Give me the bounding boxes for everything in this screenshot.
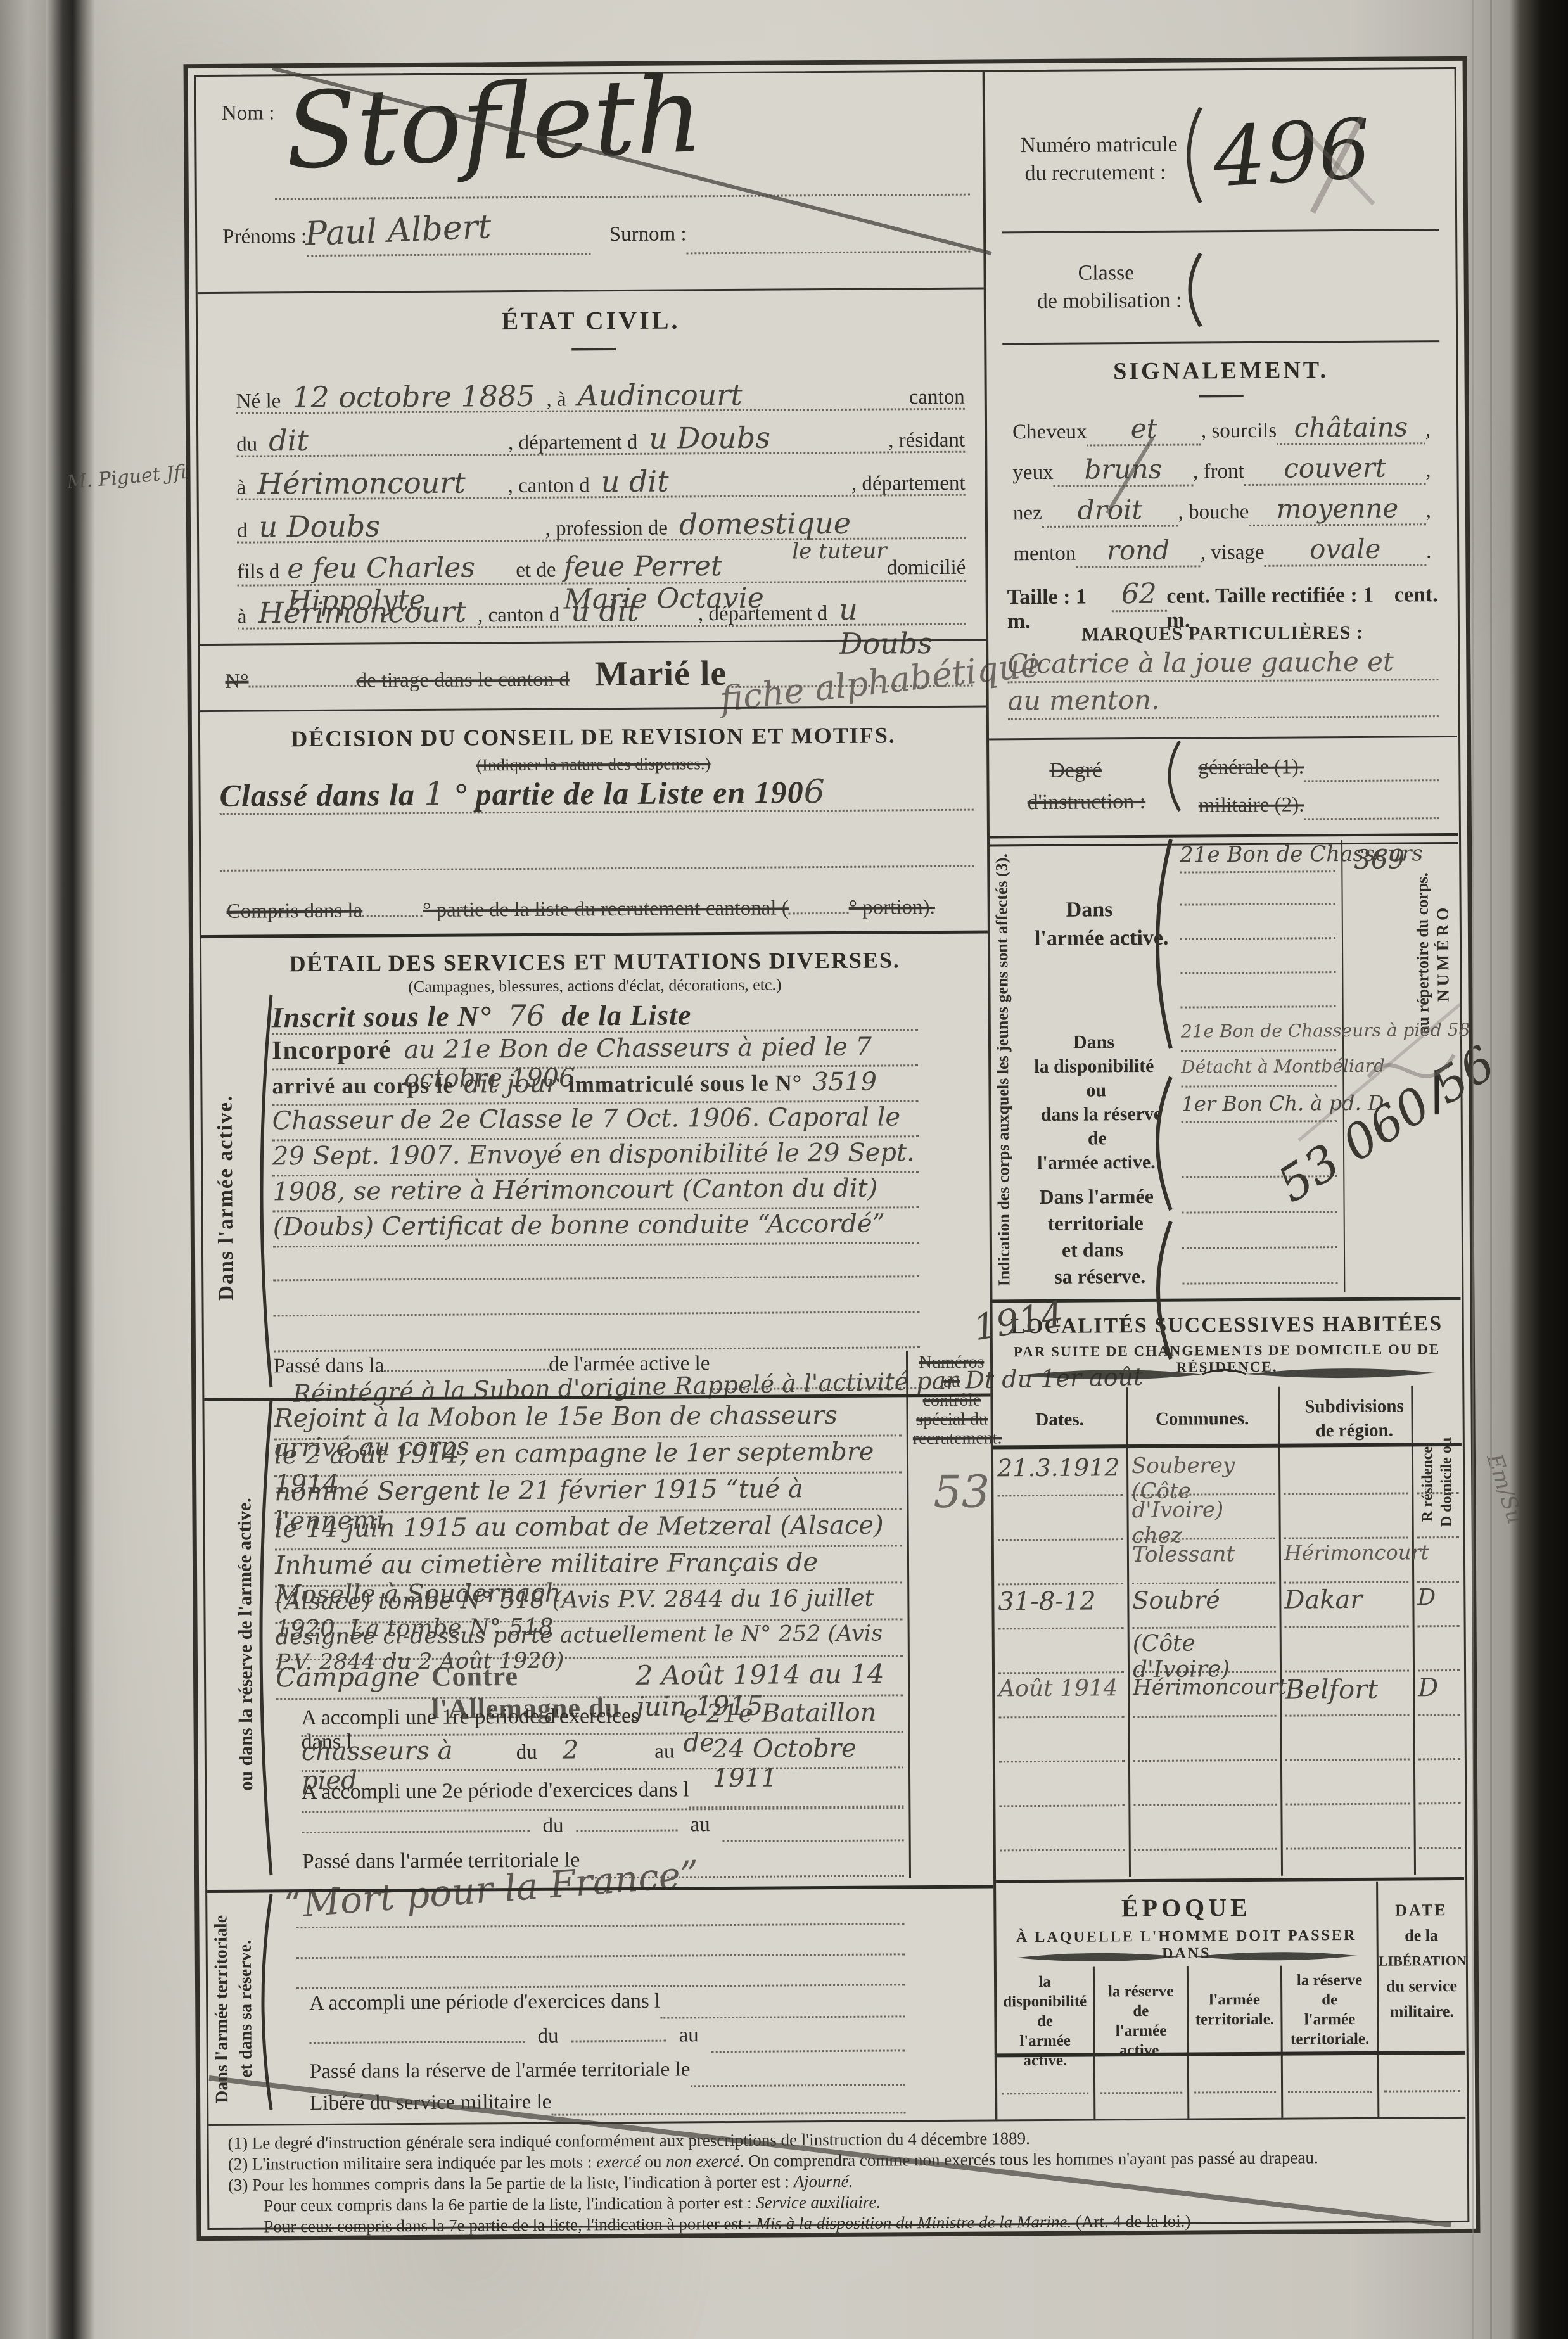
tuteur-note: le tuteur (792, 538, 887, 564)
loc-empty-cell (999, 1808, 1125, 1851)
dispo-label: de (1088, 1128, 1107, 1149)
comma: , (1425, 418, 1431, 442)
heavy-rule (996, 1877, 1464, 1883)
loc-r5-commune: (Côte d'Ivoire) (1133, 1630, 1276, 1673)
armee-active-label-1: Dans (1066, 898, 1113, 922)
et-de-label: et de (516, 559, 556, 582)
decision-title: DÉCISION DU CONSEIL DE REVISION ET MOTIF… (200, 721, 986, 753)
header-line: territoriale. (1189, 2010, 1280, 2030)
sig-row-nez: nez droit , bouche moyenne , (1013, 492, 1431, 530)
civil-row-4: d u Doubs , profession de domestique (237, 506, 966, 544)
service-entry: le 14 juin 1915 au combat de Metzeral (A… (275, 1511, 884, 1544)
classe-stamp-row: Classé dans la 1 ° partie de la Liste en… (219, 772, 973, 815)
empty-dotted-row (273, 1280, 919, 1316)
mob-row-2: le 2 août 1914, en campagne le 1er septe… (274, 1437, 902, 1477)
loc-r3-dr (1417, 1540, 1459, 1583)
empty-dotted-row (1182, 1218, 1337, 1249)
surnom-label: Surnom : (609, 222, 687, 246)
departement-value: u Doubs (649, 420, 877, 456)
incorpore-row: Incorporé au 21e Bon de Chasseurs à pied… (272, 1031, 918, 1070)
loc-empty-cell (1418, 1718, 1460, 1760)
service-hw-row-4: (Doubs) Certificat de bonne conduite “Ac… (273, 1209, 919, 1247)
residant-label: , résidant (888, 429, 965, 453)
canton-label: canton (909, 386, 965, 410)
loc-r5-dr (1418, 1629, 1460, 1671)
page-left-edge (0, 0, 46, 2339)
loc-r6-subdiv: Belfort (1285, 1673, 1409, 1716)
compris-label-1: Compris dans la (227, 900, 363, 924)
footnotes: (1) Le degré d'instruction générale sera… (227, 2125, 1451, 2238)
loc-empty-cell (1133, 1719, 1277, 1762)
loc-r3-date (998, 1542, 1123, 1585)
services-margin-divider (906, 1351, 911, 1878)
classe-label-2: de mobilisation : (1037, 289, 1182, 314)
loc-r2-subdiv (1284, 1496, 1408, 1539)
header-line: de (997, 2011, 1093, 2032)
footnote-italic: non exercé (666, 2151, 740, 2171)
terr-label: et dans (1062, 1238, 1123, 1262)
loc-col-line-2 (1278, 1387, 1283, 1876)
matricule-value: 496 (1211, 100, 1374, 205)
empty-dotted-row (1180, 976, 1335, 1008)
loc-r4-date: 31-8-12 (998, 1586, 1123, 1629)
empty-dotted-row (220, 842, 974, 872)
empty-dotted-row (273, 1244, 919, 1281)
empty-dotted-row (1182, 1253, 1337, 1284)
loc-r1-dr (1417, 1451, 1458, 1494)
struck-line: au contrôle (912, 1372, 991, 1410)
subdiv-value: Dakar (1284, 1585, 1362, 1615)
departement-value: u Doubs (258, 508, 533, 544)
loc-empty-cell (1133, 1807, 1277, 1851)
tirage-blank (249, 685, 357, 688)
subdiv-value: Belfort (1285, 1674, 1378, 1705)
a-label: à (236, 476, 246, 500)
bouche-value: moyenne (1249, 492, 1426, 526)
du-label: du (516, 1741, 537, 1764)
footnote-italic: Mis à la disposition du Ministre de la M… (756, 2212, 1071, 2233)
periode2-label: A accompli une 2e période d'exercices da… (302, 1778, 689, 1804)
taille-label-3: cent. (1394, 583, 1438, 607)
loc-empty-cell (999, 1764, 1125, 1807)
localites-subtitle: PAR SUITE DE CHANGEMENTS DE DOMICILE OU … (993, 1341, 1461, 1377)
commune-value: Souberey (Côte (1131, 1453, 1235, 1504)
period: . (1426, 540, 1431, 563)
col-header-subdiv-1: Subdivisions (1278, 1396, 1430, 1417)
margin-label-territoriale-1: Dans l'armée territoriale (211, 1900, 233, 2119)
visage-value: ovale (1264, 533, 1426, 567)
epoque-empty-cell (1194, 2060, 1276, 2094)
commune-value: Hérimoncourt (1133, 1674, 1287, 1700)
arrive-row: arrivé au corps le dit jour immatriculé … (272, 1067, 918, 1106)
heavy-rule (201, 930, 988, 938)
footnote-italic: Service auxiliaire. (756, 2193, 881, 2212)
classe-label-1: Classe (1078, 261, 1134, 286)
form-inner-border: Nom : Stofleth Prénoms : Surnom : Paul A… (194, 67, 1470, 2230)
marques-value-1: Cicatrice à la joue gauche et (1007, 646, 1394, 680)
struck-line: recrutement. (913, 1429, 991, 1448)
header-line: de (1095, 2001, 1187, 2022)
mob-row-3: nommé Sergent le 21 février 1915 “tué à … (274, 1474, 902, 1514)
instruction-militaire-row: militaire (2). (1199, 793, 1439, 820)
col-header-subdiv-2: de région. (1278, 1420, 1431, 1441)
service-entry: 1908, se retire à Hérimoncourt (Canton d… (272, 1174, 877, 1207)
service-entry: 29 Sept. 1907. Envoyé en disponibilité l… (272, 1138, 915, 1171)
date-value: 21.3.1912 (997, 1453, 1120, 1482)
passe-label-1: Passé dans la (274, 1354, 384, 1378)
col-header-communes: Communes. (1126, 1408, 1278, 1430)
dispo-corps-value-2: Détacht à Montbéliard (1181, 1055, 1385, 1078)
passe-blank (384, 1369, 549, 1372)
epoque-empty-cell (1288, 2059, 1372, 2093)
rule (1002, 229, 1439, 233)
nez-label: nez (1013, 502, 1042, 525)
header-line: la (997, 1972, 1093, 1992)
footnote-text: Pour ceux compris dans la 6e partie de l… (264, 2193, 756, 2215)
cheveux-value: et (1087, 412, 1201, 446)
dispo-label: l'armée active. (1037, 1152, 1156, 1174)
menton-value: rond (1076, 534, 1201, 568)
marie-le-stamp: Marié le (595, 653, 727, 694)
compris-label-3: ° portion). (849, 896, 935, 920)
loc-r4-commune: Soubré (1132, 1586, 1275, 1629)
epoque-empty-cell (1100, 2060, 1182, 2094)
dispo-label: ou (1086, 1080, 1106, 1101)
scanned-register-page: M. Piguet Jfils Em/Su Nom : Stofleth Pré… (0, 0, 1568, 2339)
loc-r4-subdiv: Dakar (1284, 1584, 1408, 1628)
loc-empty-cell (1418, 1806, 1460, 1849)
marques-row-1: Cicatrice à la joue gauche et (1007, 646, 1438, 683)
service-hw-row-1: Chasseur de 2e Classe le 7 Oct. 1906. Ca… (272, 1102, 919, 1141)
dr-value: D (1418, 1673, 1438, 1702)
loc-empty-cell (1285, 1806, 1410, 1849)
departement-label: , département d (508, 431, 638, 455)
header-line: la réserve (1095, 1982, 1187, 2002)
title-dash (1199, 395, 1244, 397)
service-hw-row-3: 1908, se retire à Hérimoncourt (Canton d… (272, 1173, 919, 1212)
empty-dotted-row (296, 1958, 905, 1989)
epoque-col4-header: la réserve de l'armée territoriale. (1282, 1970, 1377, 2049)
service-entry: Chasseur de 2e Classe le 7 Oct. 1906. Ca… (272, 1102, 901, 1135)
birth-date-value: 12 octobre 1885 (292, 379, 535, 414)
dispo-entry-row-2: Détacht à Montbéliard (1181, 1055, 1336, 1087)
rule (989, 736, 1457, 741)
taille-row: Taille : 1 m. 62 cent. Taille rectifiée … (1007, 576, 1438, 611)
binding-shadow (46, 0, 95, 2339)
empty-dotted-row (1182, 1147, 1337, 1178)
book-spine-shadow (1510, 0, 1568, 2339)
terr-label: sa réserve. (1054, 1265, 1145, 1289)
periode1-row-2: chasseurs à pied du 2 au 24 Octobre 1911 (302, 1733, 903, 1772)
footnote-text: ou (641, 2152, 666, 2171)
page-edge-line (1472, 0, 1474, 2339)
au-label: au (654, 1740, 674, 1764)
loc-r4-dr: D (1417, 1584, 1459, 1627)
dispo-label: Dans (1073, 1031, 1114, 1053)
footnote-text: (2) L'instruction militaire sera indiqué… (228, 2152, 597, 2174)
dr-value: D (1417, 1584, 1436, 1610)
header-line: territoriale. (1283, 2029, 1377, 2049)
sig-row-menton: menton rond , visage ovale . (1013, 533, 1431, 571)
nom-label: Nom : (222, 101, 275, 125)
sig-row-yeux: yeux bruns , front couvert , (1012, 452, 1431, 490)
loc-col-line-3 (1411, 1386, 1416, 1875)
departement-value: u Doubs (839, 592, 955, 661)
epoque-empty-cell (1002, 2061, 1088, 2095)
sourcils-label: , sourcils (1201, 419, 1277, 443)
loc-header-rule (993, 1443, 1462, 1450)
loc-empty-cell (1285, 1762, 1410, 1805)
cheveux-label: Cheveux (1012, 421, 1087, 445)
au-label: au (690, 1813, 710, 1837)
form-frame: Nom : Stofleth Prénoms : Surnom : Paul A… (184, 56, 1481, 2241)
dispo-label: dans la réserve (1041, 1104, 1163, 1126)
footnote-italic: Ajourné. (794, 2172, 853, 2191)
armee-active-label-2: l'armée active. (1035, 926, 1169, 951)
header-line: l'armée (1282, 2010, 1377, 2030)
margin-1914: 1914 (971, 1294, 1066, 1349)
etat-civil-title: ÉTAT CIVIL. (198, 303, 984, 338)
commune-value: Soubré (1132, 1586, 1220, 1614)
margin-label-armee-active: Dans l'armée active. (214, 1014, 239, 1382)
corps-side-label: Indication des corps auxquels les jeunes… (992, 848, 1014, 1291)
header-line: du service (1379, 1973, 1465, 1999)
loc-r1-commune: Souberey (Côte (1131, 1453, 1275, 1496)
empty-dotted-row (296, 1927, 905, 1959)
numero-tirage-label: N° (225, 670, 248, 694)
visage-label: , visage (1201, 541, 1265, 565)
header-line: de (1282, 1990, 1377, 2010)
mob-row-7: désignée ci-dessus porte actuellement le… (276, 1621, 903, 1660)
compris-blank-2 (789, 912, 849, 915)
instruction-label-1: Degré (1049, 758, 1102, 783)
epoque-col2-header: la réserve de l'armée active. (1095, 1982, 1187, 2061)
empty-dotted-row (1180, 873, 1335, 905)
title-dash (571, 348, 616, 350)
footnote-text: Pour ceux compris dans la 7e partie de l… (264, 2214, 756, 2236)
canton-value: u dit (571, 593, 687, 628)
comma: , (1426, 499, 1431, 523)
struck-line: Numéros (912, 1353, 991, 1372)
au-label: au (679, 2024, 698, 2047)
footnote-text: . On comprendra comme non exercés tous l… (740, 2148, 1318, 2170)
periode2-line (689, 1776, 903, 1808)
empty-dotted-row (296, 1897, 904, 1928)
bouche-label: , bouche (1178, 500, 1249, 525)
mob-row-6: (Alsace) tombe N° 518 (Avis P.V. 2844 du… (275, 1584, 902, 1624)
territorial-passe-reserve-row: Passé dans la réserve de l'armée territo… (310, 2056, 905, 2089)
struck-line: spécial du (913, 1410, 991, 1429)
margin-label-disponibilite-2: ou dans la réserve de l'armée active. (234, 1413, 258, 1876)
loc-empty-cell (1133, 1763, 1277, 1806)
residence-value: Hérimoncourt (257, 465, 497, 500)
dispo-entry-row-1: 21e Bon de Chasseurs à pied 58 (1181, 1020, 1336, 1052)
du-label: du (236, 433, 257, 457)
margin-53: 53 (933, 1465, 990, 1518)
d-label: d (237, 519, 248, 543)
departement-label: , département d (698, 602, 828, 626)
header-line: disponibilité (997, 1992, 1093, 2012)
arrive-value-1: dit jour (464, 1069, 558, 1099)
ne-le-label: Né le (236, 390, 281, 413)
inscrit-stamp-2: de la Liste (561, 998, 692, 1032)
civil-row-3: à Hérimoncourt , canton d u dit , départ… (236, 462, 965, 500)
right-column: Numéro matricule du recrutement : 496 Cl… (985, 69, 1466, 2119)
loc-empty-row (999, 1719, 1125, 1762)
margin-label-territoriale-2: et dans sa réserve. (235, 1900, 257, 2119)
header-line: DATE (1378, 1897, 1464, 1923)
services-subtitle: (Campagnes, blessures, actions d'éclat, … (201, 974, 988, 998)
a-label: , à (546, 388, 566, 412)
civil-row-1: Né le 12 octobre 1885 , à Audincourt can… (236, 376, 965, 414)
service-hw-row-2: 29 Sept. 1907. Envoyé en disponibilité l… (272, 1138, 919, 1176)
dispo-entry-row-3: 1er Bon Ch. à pd. D (1181, 1091, 1336, 1123)
terr-label: territoriale (1048, 1211, 1144, 1235)
loc-r6-commune: Hérimoncourt (1133, 1674, 1276, 1718)
epoque-date-header: DATE de la LIBÉRATION du service militai… (1378, 1897, 1465, 2025)
a-label: à (238, 606, 247, 629)
canton-value: u dit (601, 463, 841, 499)
matricule-label-1: Numéro matricule (1020, 133, 1178, 158)
instruction-label-2: d'instruction : (1028, 790, 1146, 815)
incorpore-stamp: Incorporé (272, 1035, 392, 1066)
loc-r1-subdiv (1284, 1451, 1408, 1495)
marques-value-2: au menton. (1008, 684, 1160, 716)
subdiv-value: Hérimoncourt (1284, 1540, 1429, 1565)
footnote-text: (1) Le degré d'instruction générale sera… (227, 2129, 1029, 2153)
fils-de-label: fils d (237, 560, 279, 583)
civil-row-2: du dit , département d u Doubs , résidan… (236, 419, 965, 457)
loc-empty-cell (1418, 1762, 1460, 1804)
territorial-periode-row: A accompli une période d'exercices dans … (309, 1988, 905, 2021)
departement-label: , département (851, 472, 966, 496)
classe-year-digit: 6 (803, 773, 824, 811)
header-line: la réserve (1282, 1970, 1377, 1991)
classe-partie-num: 1 (424, 775, 445, 813)
loc-r2-dr (1417, 1496, 1458, 1538)
loc-col-line-1 (1126, 1387, 1131, 1877)
empty-dotted-row (1182, 1182, 1337, 1213)
arrive-stamp-2: immatriculé sous le N° (568, 1069, 803, 1097)
header-line: militaire. (1379, 1999, 1465, 2025)
header-line: de la (1378, 1923, 1464, 1949)
epoque-empty-cell (1384, 2058, 1460, 2093)
empty-dotted-row (1180, 907, 1335, 940)
comma: , (1425, 459, 1431, 482)
epoque-col3-header: l'armée territoriale. (1189, 1990, 1280, 2030)
services-title: DÉTAIL DES SERVICES ET MUTATIONS DIVERSE… (201, 946, 988, 978)
surnom-line (687, 221, 971, 255)
liste-num: 76 (508, 998, 545, 1033)
taille-value: 62 (1111, 578, 1166, 613)
menton-label: menton (1013, 542, 1076, 566)
header-line: l'armée (1189, 1990, 1280, 2010)
arrive-stamp-1: arrivé au corps le (272, 1072, 454, 1100)
campagne-hw: Campagne (276, 1661, 420, 1693)
sourcils-value: châtains (1277, 411, 1425, 445)
commune-value: Tolessant (1132, 1541, 1235, 1567)
mob-row-1: Rejoint à la Mobon le 15e Bon de chasseu… (274, 1400, 901, 1440)
canton-label: , canton d (507, 474, 589, 498)
loc-r6-dr: D (1418, 1673, 1460, 1716)
epoque-subtitle: À LAQUELLE L'HOMME DOIT PASSER DANS (997, 1927, 1377, 1964)
militaire-label: militaire (2). (1199, 793, 1304, 817)
service-entry: (Doubs) Certificat de bonne conduite “Ac… (273, 1209, 886, 1242)
territorial-du-au-row: du au (309, 2022, 905, 2055)
periode2-du-au-row: du au (302, 1812, 903, 1845)
classe-stamp-2: ° partie de la Liste en 190 (454, 774, 804, 812)
compris-blank-1 (362, 915, 423, 917)
mob-row-5: Inhumé au cimetière militaire Français d… (275, 1547, 902, 1587)
header-line: LIBÉRATION (1379, 1948, 1465, 1974)
heavy-rule (992, 1297, 1460, 1303)
dispo-label: la disponibilité (1034, 1055, 1154, 1078)
inscrit-row: Inscrit sous le N° 76 de la Liste (272, 996, 918, 1035)
marques-title: MARQUES PARTICULIÈRES : (988, 621, 1456, 646)
profession-label: , profession de (545, 517, 668, 541)
loc-r5-date (998, 1631, 1124, 1674)
dispo-corps-value-1: 21e Bon de Chasseurs à pied 58 (1181, 1019, 1470, 1042)
footnote-text: (3) Pour les hommes compris dans la 5e p… (228, 2172, 794, 2194)
front-label: , front (1193, 460, 1244, 483)
empty-dotted-row (274, 1315, 920, 1352)
du-label: du (542, 1814, 563, 1838)
col-header-dates: Dates. (993, 1409, 1126, 1431)
profession-value: domestique (679, 506, 954, 542)
domicilie-label: domicilié (887, 556, 966, 580)
loc-r2-commune: d'Ivoire) chez (1131, 1497, 1275, 1540)
rule (200, 705, 986, 712)
matricule-label-2: du recrutement : (1024, 161, 1166, 186)
loc-r3-subdiv: Hérimoncourt (1284, 1540, 1408, 1583)
rule (1002, 340, 1439, 345)
empty-dotted-row (1180, 941, 1335, 974)
active-repertoire-num: 369 (1354, 843, 1405, 874)
birth-place-value: Audincourt (577, 376, 898, 412)
prenoms-label: Prénoms : (222, 225, 307, 249)
margin-label-disponibilite-1 (208, 1413, 211, 1876)
prenoms-value: Paul Albert (304, 208, 492, 253)
loc-r2-date (997, 1498, 1123, 1541)
territorial-periode-label: A accompli une période d'exercices dans … (309, 1990, 660, 2015)
tirage-struck-text: de tirage dans le canton d (356, 668, 570, 693)
periode1-row-1: A accompli une 1re période d'exercices d… (301, 1698, 903, 1737)
libere-label: Libéré du service militaire le (310, 2091, 551, 2115)
inscrit-stamp-1: Inscrit sous le N° (272, 999, 492, 1034)
rule (198, 288, 984, 295)
footnote-italic: exercé (596, 2152, 641, 2171)
epoque-title: ÉPOQUE (996, 1892, 1376, 1924)
sig-row-cheveux: Cheveux et , sourcils châtains , (1012, 411, 1431, 449)
loc-r5-subdiv (1285, 1629, 1409, 1672)
signalement-title: SIGNALEMENT. (986, 355, 1455, 386)
terr-label: Dans l'armée (1039, 1185, 1154, 1209)
passe-reserve-label: Passé dans la réserve de l'armée territo… (310, 2058, 691, 2084)
footnote-rule (208, 2117, 1465, 2126)
loc-r1-date: 21.3.1912 (997, 1453, 1123, 1496)
date-value: Août 1914 (998, 1675, 1118, 1702)
yeux-value: bruns (1053, 453, 1193, 487)
canton-value: dit (269, 422, 497, 457)
commune-value: d'Ivoire) chez (1131, 1497, 1223, 1548)
civil-row-5: fils d e feu Charles Hippolyte et de feu… (237, 549, 966, 587)
footnote-text: (Art. 4 de la loi.) (1071, 2212, 1190, 2231)
marques-row-2: au menton. (1008, 682, 1439, 720)
libere-row: Libéré du service militaire le (310, 2088, 905, 2117)
compris-struck-row: Compris dans la ° partie de la liste du … (227, 896, 974, 928)
instruction-generale-row: générale (1). (1198, 755, 1439, 782)
yeux-label: yeux (1012, 461, 1053, 485)
